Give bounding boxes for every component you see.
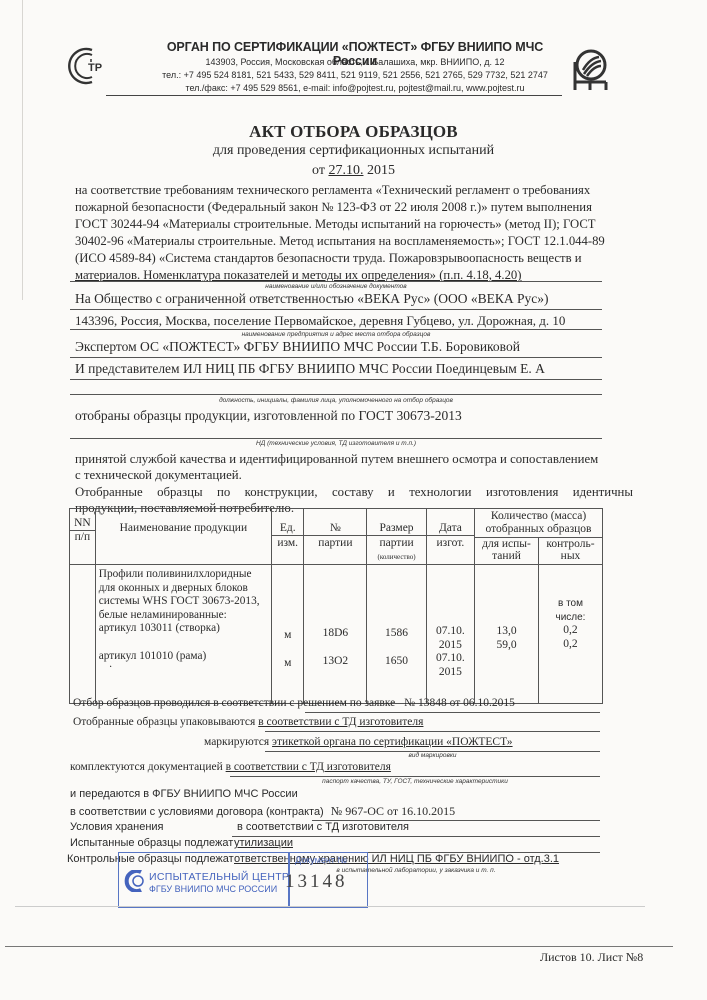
header-qty: Количество (масса) отобранных образцов	[475, 509, 603, 538]
svg-text:ТР: ТР	[88, 62, 102, 74]
header-unit: Ед.изм.	[271, 509, 304, 565]
decision-line: Отбор образцов проводился в соответствии…	[73, 697, 515, 709]
marked-line: маркируются этикеткой органа по сертифик…	[204, 736, 513, 748]
company-address: 143396, Россия, Москва, поселение Первом…	[75, 313, 565, 329]
date-day-month: 27.10.	[328, 163, 363, 178]
stamp-doc-box: Документ № 13148	[288, 852, 368, 908]
acceptance-text: принятой службой качества и идентифициро…	[75, 451, 633, 483]
requirements-text: на соответствие требованиям технического…	[75, 182, 633, 284]
cell-size: 15861650	[367, 565, 426, 704]
org-fax-email: тел./факс: +7 495 529 8561, e-mail: info…	[150, 83, 560, 93]
packed-value: в соответствии с ТД изготовителя	[258, 716, 423, 728]
docs-line: комплектуются документацией в соответств…	[70, 761, 391, 773]
storage-label: Условия хранения	[70, 821, 164, 833]
tested-label: Испытанные образцы подлежат	[70, 837, 233, 849]
persons-caption: должность, инициалы, фамилия лица, уполн…	[70, 397, 602, 404]
document-date: от 27.10. 2015	[0, 163, 707, 179]
packed-label: Отобранные образцы	[73, 716, 178, 728]
footer-rule	[5, 946, 673, 947]
product-item: артикул 103011 (створка)	[99, 622, 268, 636]
lab-stamp: ИСПЫТАТЕЛЬНЫЙ ЦЕНТР ФГБУ ВНИИПО МЧС РОСС…	[118, 852, 290, 908]
transfer-line: и передаются в ФГБУ ВНИИПО МЧС России	[70, 788, 298, 800]
document-subtitle: для проведения сертификационных испытани…	[0, 143, 707, 159]
expert-line: Экспертом ОС «ПОЖТЕСТ» ФГБУ ВНИИПО МЧС Р…	[75, 339, 520, 355]
header-qty-test: для испы-таний	[475, 538, 539, 565]
tested-value: утилизации	[234, 837, 293, 849]
header-rule	[106, 95, 562, 96]
stamp-doc-number: 13148	[285, 871, 348, 893]
marked-caption: вид маркировки	[265, 752, 600, 759]
rule	[70, 329, 602, 330]
rule	[15, 906, 645, 907]
standard-line: отобраны образцы продукции, изготовленно…	[75, 408, 462, 424]
rule	[70, 438, 602, 439]
rule	[230, 776, 600, 777]
cell-control-qty: в том числе:0,20,2	[538, 565, 602, 704]
representative-line: И представителем ИЛ НИЦ ПБ ФГБУ ВНИИПО М…	[75, 361, 545, 377]
stamp-line2: ФГБУ ВНИИПО МЧС РОССИИ	[149, 884, 277, 894]
cell-lot: 18D613O2	[304, 565, 367, 704]
org-phones: тел.: +7 495 524 8181, 521 5433, 529 841…	[150, 70, 560, 80]
table-header-row: NNп/п Наименование продукции Ед.изм. №па…	[70, 509, 603, 538]
rule	[70, 394, 602, 395]
product-description: Профили поливинилхлоридные для оконных и…	[99, 568, 268, 622]
storage-value: в соответствии с ТД изготовителя	[237, 821, 409, 833]
cell-unit: мм	[271, 565, 304, 704]
company-name: Общество с ограниченной ответственностью…	[94, 291, 548, 306]
standard-caption: НД (технические условия, ТД изготовителя…	[70, 440, 602, 447]
header-qty-control: контроль-ных	[538, 538, 602, 565]
header-size: Размерпартии(количество)	[367, 509, 426, 565]
header-lot: №партии	[304, 509, 367, 565]
company-caption: наименование предприятия и адрес места о…	[70, 331, 602, 338]
contract-line: в соответствии с условиями договора (кон…	[70, 804, 455, 819]
rule	[70, 357, 602, 358]
stamp-logo-icon	[123, 870, 149, 892]
page-counter: Листов 10. Лист №8	[540, 950, 643, 965]
contract-value: № 967-ОС от 16.10.2015	[331, 804, 455, 818]
rule	[70, 281, 602, 282]
pozhtest-logo-icon	[570, 48, 610, 92]
document-title: АКТ ОТБОРА ОБРАЗЦОВ	[0, 122, 707, 142]
product-item: артикул 101010 (рама)	[99, 650, 268, 664]
table-row: Профили поливинилхлоридные для оконных и…	[70, 565, 603, 704]
samples-table: NNп/п Наименование продукции Ед.изм. №па…	[69, 508, 603, 704]
cell-nn	[70, 565, 96, 704]
cell-test-qty: 13,059,0	[475, 565, 539, 704]
gost-r-logo-icon: ТР	[62, 42, 110, 90]
packed-line: упаковываются в соответствии с ТД изгото…	[180, 716, 423, 728]
marked-value: этикеткой органа по сертификации «ПОЖТЕС…	[272, 736, 513, 748]
cell-product: Профили поливинилхлоридные для оконных и…	[95, 565, 271, 704]
header-date: Датаизгот.	[426, 509, 474, 565]
rule	[265, 731, 600, 732]
docs-value: в соответствии с ТД изготовителя	[226, 761, 391, 773]
header-nn: NNп/п	[70, 509, 96, 565]
rule	[305, 712, 600, 713]
company-line: На Общество с ограниченной ответственнос…	[75, 291, 548, 307]
rule	[70, 379, 602, 380]
stamp-line1: ИСПЫТАТЕЛЬНЫЙ ЦЕНТР	[149, 871, 289, 883]
requirements-caption: наименование и/или обозначение документо…	[70, 283, 602, 290]
stamp-doc-label: Документ №	[295, 855, 347, 865]
header-name: Наименование продукции	[95, 509, 271, 565]
rule	[70, 309, 602, 310]
cell-date: 07.10. 201507.10. 2015	[426, 565, 474, 704]
decision-value: № 13848 от 06.10.2015	[404, 697, 515, 709]
org-address: 143903, Россия, Московская область, г. Б…	[150, 57, 560, 67]
docs-caption: паспорт качества, ТУ, ГОСТ, технические …	[230, 778, 600, 785]
